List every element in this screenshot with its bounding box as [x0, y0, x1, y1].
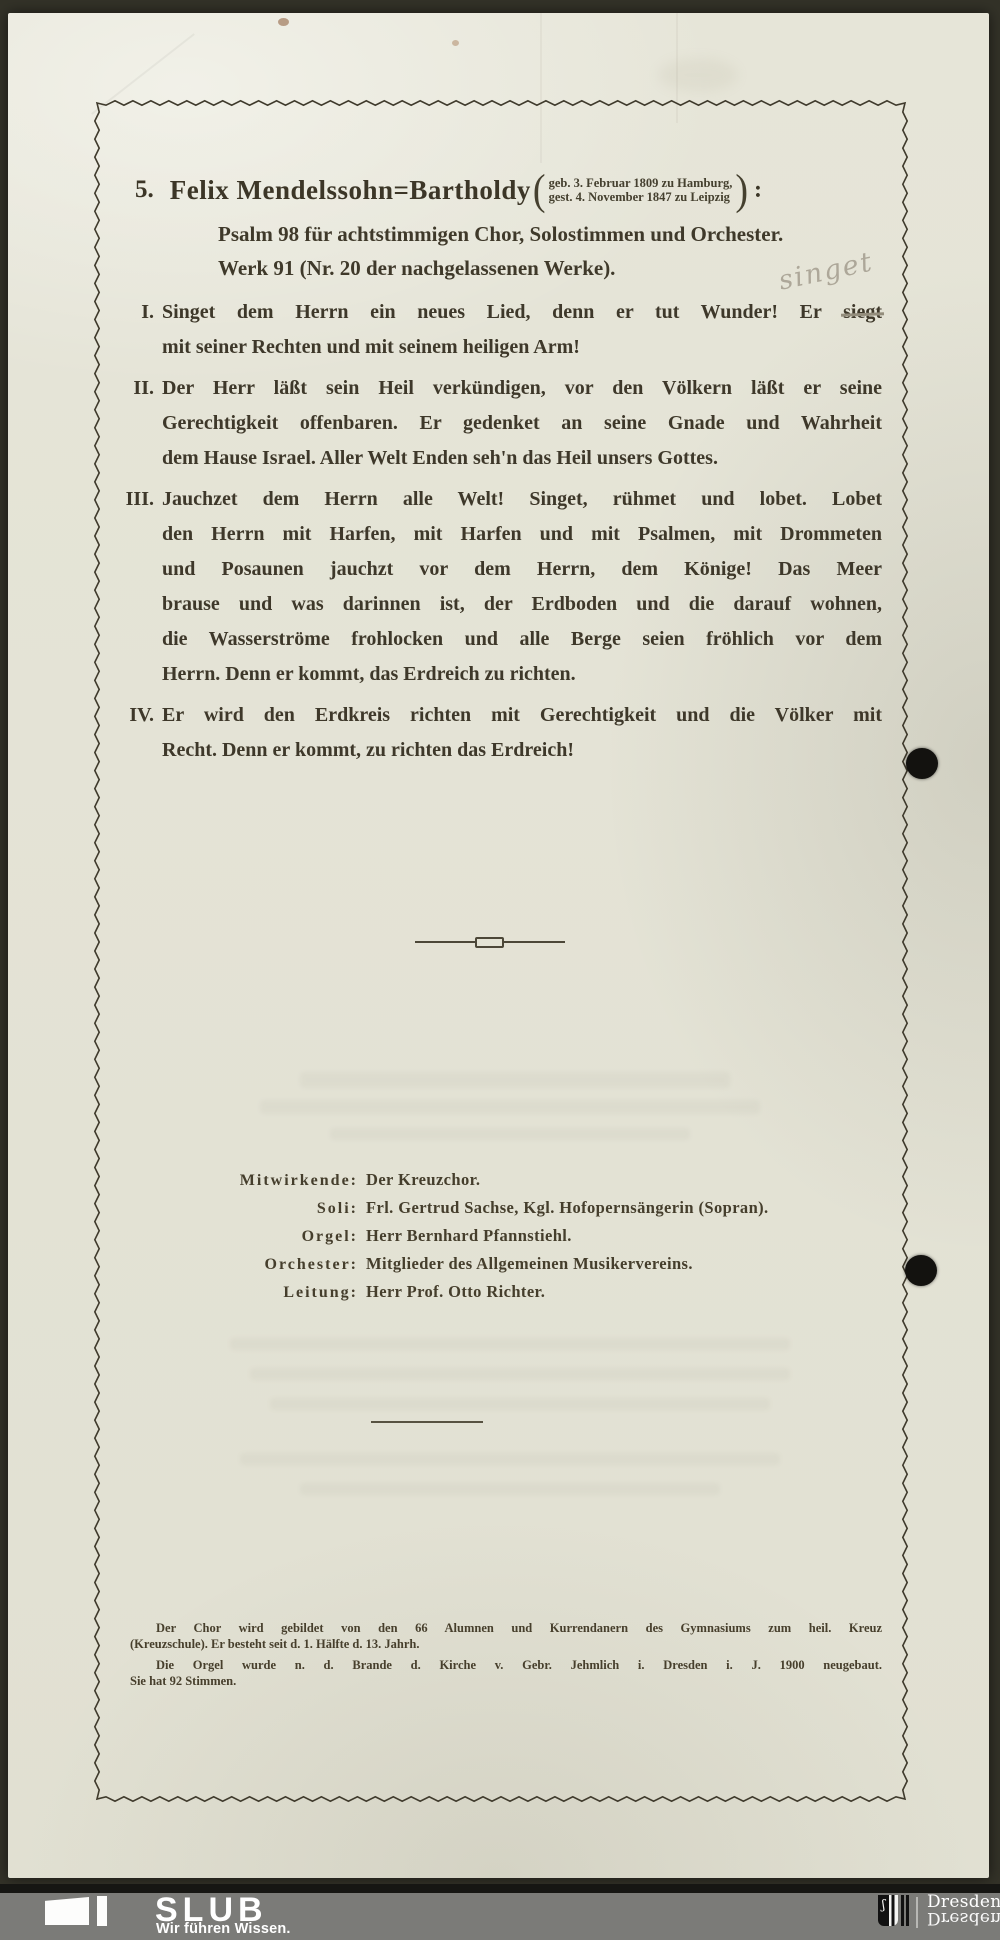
movement-line: mit seiner Rechten und mit seinem heilig…	[162, 330, 882, 365]
paper-crease	[91, 33, 195, 115]
footer-dark-strip	[0, 1884, 1000, 1893]
paper-stain	[278, 18, 289, 26]
movement-line: Jauchzet dem Herrn alle Welt! Singet, rü…	[162, 482, 882, 517]
movement-line: dem Hause Israel. Aller Welt Enden seh'n…	[162, 441, 882, 476]
rule-divider	[371, 1421, 483, 1423]
paren-close: )	[735, 165, 748, 216]
bleed-through-ghost	[300, 1483, 720, 1495]
dresden-coat-of-arms-icon: ʃ	[878, 1895, 898, 1926]
credit-label: Mitwirkende:	[112, 1172, 366, 1190]
logo-bar	[906, 1895, 909, 1926]
movement-line: Er wird den Erdkreis richten mit Gerecht…	[162, 698, 882, 733]
movement-numeral: IV.	[102, 698, 154, 733]
bleed-through-ghost	[300, 1072, 730, 1088]
credit-value: Herr Prof. Otto Richter.	[366, 1282, 892, 1302]
scanned-document: 5. Felix Mendelssohn=Bartholdy ( geb. 3.…	[0, 0, 1000, 1940]
item-number: 5.	[135, 176, 154, 204]
punch-hole-bottom	[905, 1255, 937, 1286]
movement-text: Singet dem Herrn ein neues Lied, denn er…	[162, 301, 843, 323]
paper-stain	[452, 40, 459, 46]
birth-date: geb. 3. Februar 1809 zu Hamburg,	[549, 176, 733, 190]
movement-numeral: II.	[102, 371, 154, 406]
credit-label: Orgel:	[112, 1228, 366, 1246]
footnote-line: Die Orgel wurde n. d. Brande d. Kirche v…	[130, 1658, 882, 1674]
dresden-wordmark-mirrored: Dresden.	[927, 1910, 1000, 1926]
dresden-wordmark: Dresden. Dresden.	[927, 1894, 1000, 1926]
logo-bar	[901, 1895, 904, 1926]
footer-branding-bar: SLUB Wir führen Wissen. ʃ Dresden. Dresd…	[0, 1893, 1000, 1940]
credit-row: Orchester: Mitglieder des Allgemeinen Mu…	[112, 1254, 892, 1282]
heraldic-lion-icon: ʃ	[878, 1899, 889, 1912]
footnote-choir: Der Chor wird gebildet von den 66 Alumne…	[130, 1621, 882, 1652]
life-dates: geb. 3. Februar 1809 zu Hamburg, gest. 4…	[549, 176, 733, 204]
bleed-through-ghost	[270, 1398, 770, 1410]
credit-label: Leitung:	[112, 1284, 366, 1302]
movement-line: Gerechtigkeit offenbaren. Er gedenket an…	[162, 406, 882, 441]
movement-IV: IV. Er wird den Erdkreis richten mit Ger…	[162, 698, 882, 768]
work-title: Psalm 98 für achtstimmigen Chor, Solosti…	[218, 217, 783, 251]
footnotes: Der Chor wird gebildet von den 66 Alumne…	[130, 1621, 882, 1695]
credit-value: Frl. Gertrud Sachse, Kgl. Hofopernsänger…	[366, 1198, 892, 1218]
ornament-divider	[415, 936, 565, 948]
paren-open: (	[533, 165, 546, 216]
performers-credits: Mitwirkende: Der Kreuzchor. Soli: Frl. G…	[112, 1170, 892, 1310]
footnote-line: Der Chor wird gebildet von den 66 Alumne…	[130, 1621, 882, 1637]
bleed-through-ghost	[240, 1453, 780, 1465]
movement-numeral: I.	[102, 295, 154, 330]
heading-row: 5. Felix Mendelssohn=Bartholdy ( geb. 3.…	[135, 168, 762, 212]
credit-row: Mitwirkende: Der Kreuzchor.	[112, 1170, 892, 1198]
composer-name: Felix Mendelssohn=Bartholdy	[170, 175, 531, 206]
movement-I: I. Singet dem Herrn ein neues Lied, denn…	[162, 295, 882, 365]
movement-III: III. Jauchzet dem Herrn alle Welt! Singe…	[162, 482, 882, 692]
paper-stain	[658, 58, 738, 92]
footer-divider	[916, 1897, 918, 1928]
struck-word: siegt	[843, 301, 882, 323]
bleed-through-ghost	[330, 1128, 690, 1140]
movement-numeral: III.	[102, 482, 154, 517]
movement-line: Der Herr läßt sein Heil verkündigen, vor…	[162, 371, 882, 406]
punch-hole-top	[906, 748, 938, 779]
movement-line: und Posaunen jauchzt vor dem Herrn, dem …	[162, 552, 882, 587]
bleed-through-ghost	[230, 1338, 790, 1350]
credit-label: Soli:	[112, 1200, 366, 1218]
bleed-through-ghost	[260, 1100, 760, 1114]
credit-row: Leitung: Herr Prof. Otto Richter.	[112, 1282, 892, 1310]
ornament-rectangle	[475, 937, 504, 948]
footnote-organ: Die Orgel wurde n. d. Brande d. Kirche v…	[130, 1658, 882, 1689]
bleed-through-ghost	[250, 1368, 790, 1380]
credit-value: Herr Bernhard Pfannstiehl.	[366, 1226, 892, 1246]
book-spine-shape	[97, 1896, 107, 1926]
movement-line: Singet dem Herrn ein neues Lied, denn er…	[162, 295, 882, 330]
movement-line: Recht. Denn er kommt, zu richten das Erd…	[162, 733, 882, 768]
heraldic-stripes	[889, 1895, 898, 1926]
credit-value: Der Kreuzchor.	[366, 1170, 892, 1190]
movement-line: Herrn. Denn er kommt, das Erdreich zu ri…	[162, 657, 882, 692]
credit-row: Orgel: Herr Bernhard Pfannstiehl.	[112, 1226, 892, 1254]
title-colon: :	[754, 177, 762, 204]
footnote-line: (Kreuzschule). Er besteht seit d. 1. Häl…	[130, 1637, 882, 1653]
slub-tagline: Wir führen Wissen.	[156, 1921, 291, 1937]
credit-row: Soli: Frl. Gertrud Sachse, Kgl. Hofopern…	[112, 1198, 892, 1226]
slub-book-icon	[45, 1896, 111, 1926]
death-date: gest. 4. November 1847 zu Leipzig	[549, 190, 733, 204]
credit-label: Orchester:	[112, 1256, 366, 1274]
movement-II: II. Der Herr läßt sein Heil verkündigen,…	[162, 371, 882, 476]
movement-line: brause und was darinnen ist, der Erdbode…	[162, 587, 882, 622]
credit-value: Mitglieder des Allgemeinen Musikerverein…	[366, 1254, 892, 1274]
movement-line: die Wasserströme frohlocken und alle Ber…	[162, 622, 882, 657]
movement-line: den Herrn mit Harfen, mit Harfen und mit…	[162, 517, 882, 552]
footnote-line: Sie hat 92 Stimmen.	[130, 1674, 882, 1690]
psalm-movements: I. Singet dem Herrn ein neues Lied, denn…	[162, 295, 882, 768]
work-title-block: Psalm 98 für achtstimmigen Chor, Solosti…	[218, 217, 783, 285]
work-number: Werk 91 (Nr. 20 der nachgelassenen Werke…	[218, 251, 783, 285]
book-page-shape	[45, 1897, 89, 1925]
paper-crease	[540, 13, 542, 163]
